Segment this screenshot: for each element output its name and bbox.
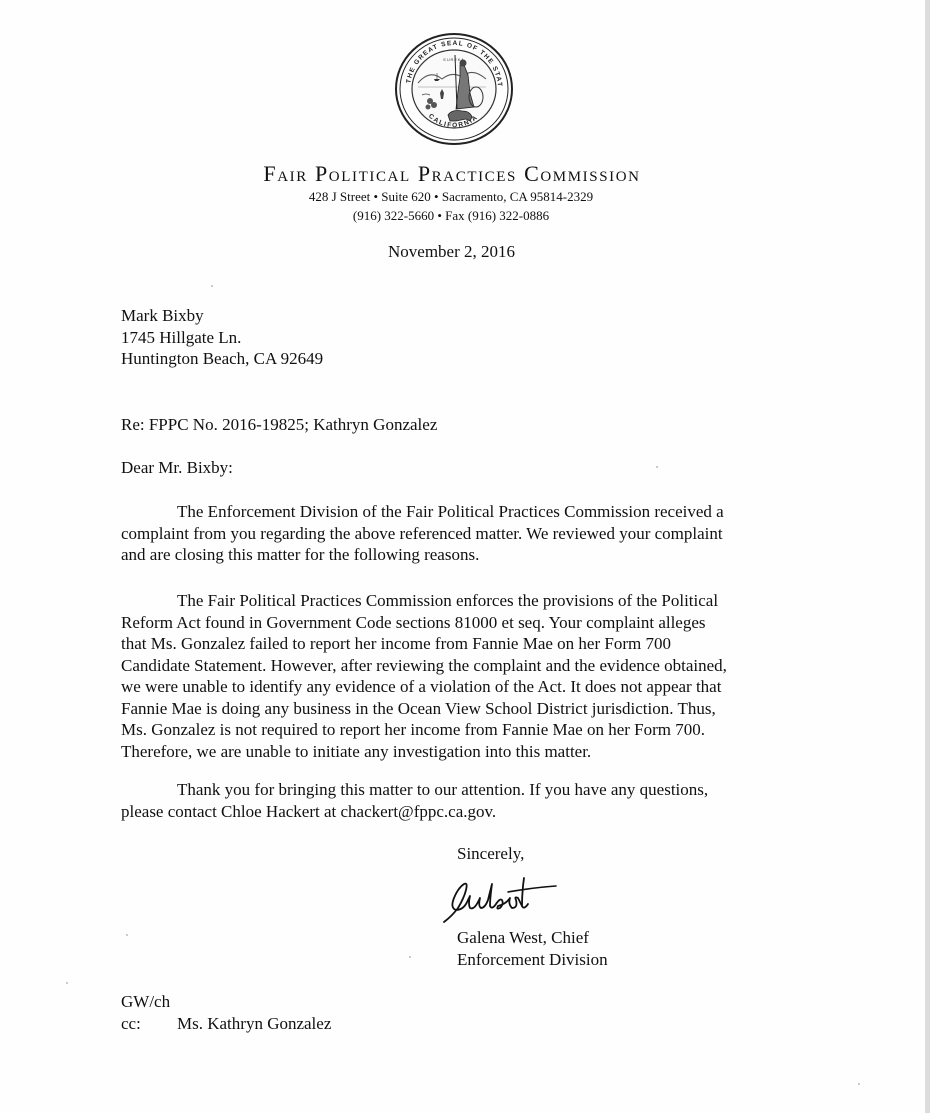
letter-date: November 2, 2016 bbox=[388, 241, 515, 263]
paragraph-line: complaint from you regarding the above r… bbox=[121, 523, 724, 545]
cc-recipient: Ms. Kathryn Gonzalez bbox=[177, 1014, 331, 1033]
paragraph-line: Fannie Mae is doing any business in the … bbox=[121, 698, 727, 720]
organization-address: 428 J Street • Suite 620 • Sacramento, C… bbox=[0, 189, 902, 205]
paragraph-line: and are closing this matter for the foll… bbox=[121, 544, 724, 566]
signer-block: Galena West, Chief Enforcement Division bbox=[457, 927, 608, 970]
scan-speck bbox=[409, 956, 411, 958]
great-seal-of-california-icon: THE GREAT SEAL OF THE STATE OF CALIFORNI… bbox=[390, 31, 518, 147]
signer-division: Enforcement Division bbox=[457, 949, 608, 971]
handwritten-signature-icon bbox=[438, 870, 563, 930]
recipient-name: Mark Bixby bbox=[121, 305, 323, 327]
paragraph-line: The Fair Political Practices Commission … bbox=[121, 590, 727, 612]
body-paragraph-2: The Fair Political Practices Commission … bbox=[121, 590, 727, 762]
scan-speck bbox=[656, 466, 658, 468]
footer-notations: GW/ch cc:Ms. Kathryn Gonzalez bbox=[121, 991, 331, 1034]
body-paragraph-1: The Enforcement Division of the Fair Pol… bbox=[121, 501, 724, 566]
body-paragraph-3: Thank you for bringing this matter to ou… bbox=[121, 779, 708, 822]
paragraph-line: we were unable to identify any evidence … bbox=[121, 676, 727, 698]
scan-speck bbox=[211, 285, 213, 287]
recipient-address-block: Mark Bixby 1745 Hillgate Ln. Huntington … bbox=[121, 305, 323, 370]
paragraph-line: Thank you for bringing this matter to ou… bbox=[121, 779, 708, 801]
scan-speck bbox=[66, 982, 68, 984]
typist-initials: GW/ch bbox=[121, 991, 331, 1013]
scan-speck bbox=[126, 934, 128, 936]
closing: Sincerely, bbox=[457, 843, 524, 865]
cc-label: cc: bbox=[121, 1013, 177, 1035]
paragraph-line: Reform Act found in Government Code sect… bbox=[121, 612, 727, 634]
paragraph-line: please contact Chloe Hackert at chackert… bbox=[121, 801, 708, 823]
paragraph-line: Ms. Gonzalez is not required to report h… bbox=[121, 719, 727, 741]
reference-line: Re: FPPC No. 2016-19825; Kathryn Gonzale… bbox=[121, 414, 437, 436]
paragraph-line: Candidate Statement. However, after revi… bbox=[121, 655, 727, 677]
paragraph-line: that Ms. Gonzalez failed to report her i… bbox=[121, 633, 727, 655]
organization-phone-fax: (916) 322-5660 • Fax (916) 322-0886 bbox=[0, 208, 902, 224]
salutation: Dear Mr. Bixby: bbox=[121, 457, 233, 479]
scan-speck bbox=[858, 1083, 860, 1085]
paragraph-line: The Enforcement Division of the Fair Pol… bbox=[121, 501, 724, 523]
signer-name-title: Galena West, Chief bbox=[457, 927, 608, 949]
paragraph-line: Therefore, we are unable to initiate any… bbox=[121, 741, 727, 763]
recipient-city-state-zip: Huntington Beach, CA 92649 bbox=[121, 348, 323, 370]
cc-line: cc:Ms. Kathryn Gonzalez bbox=[121, 1013, 331, 1035]
organization-name: Fair Political Practices Commission bbox=[0, 161, 902, 187]
recipient-street: 1745 Hillgate Ln. bbox=[121, 327, 323, 349]
page-edge-scrollbar bbox=[925, 0, 930, 1113]
